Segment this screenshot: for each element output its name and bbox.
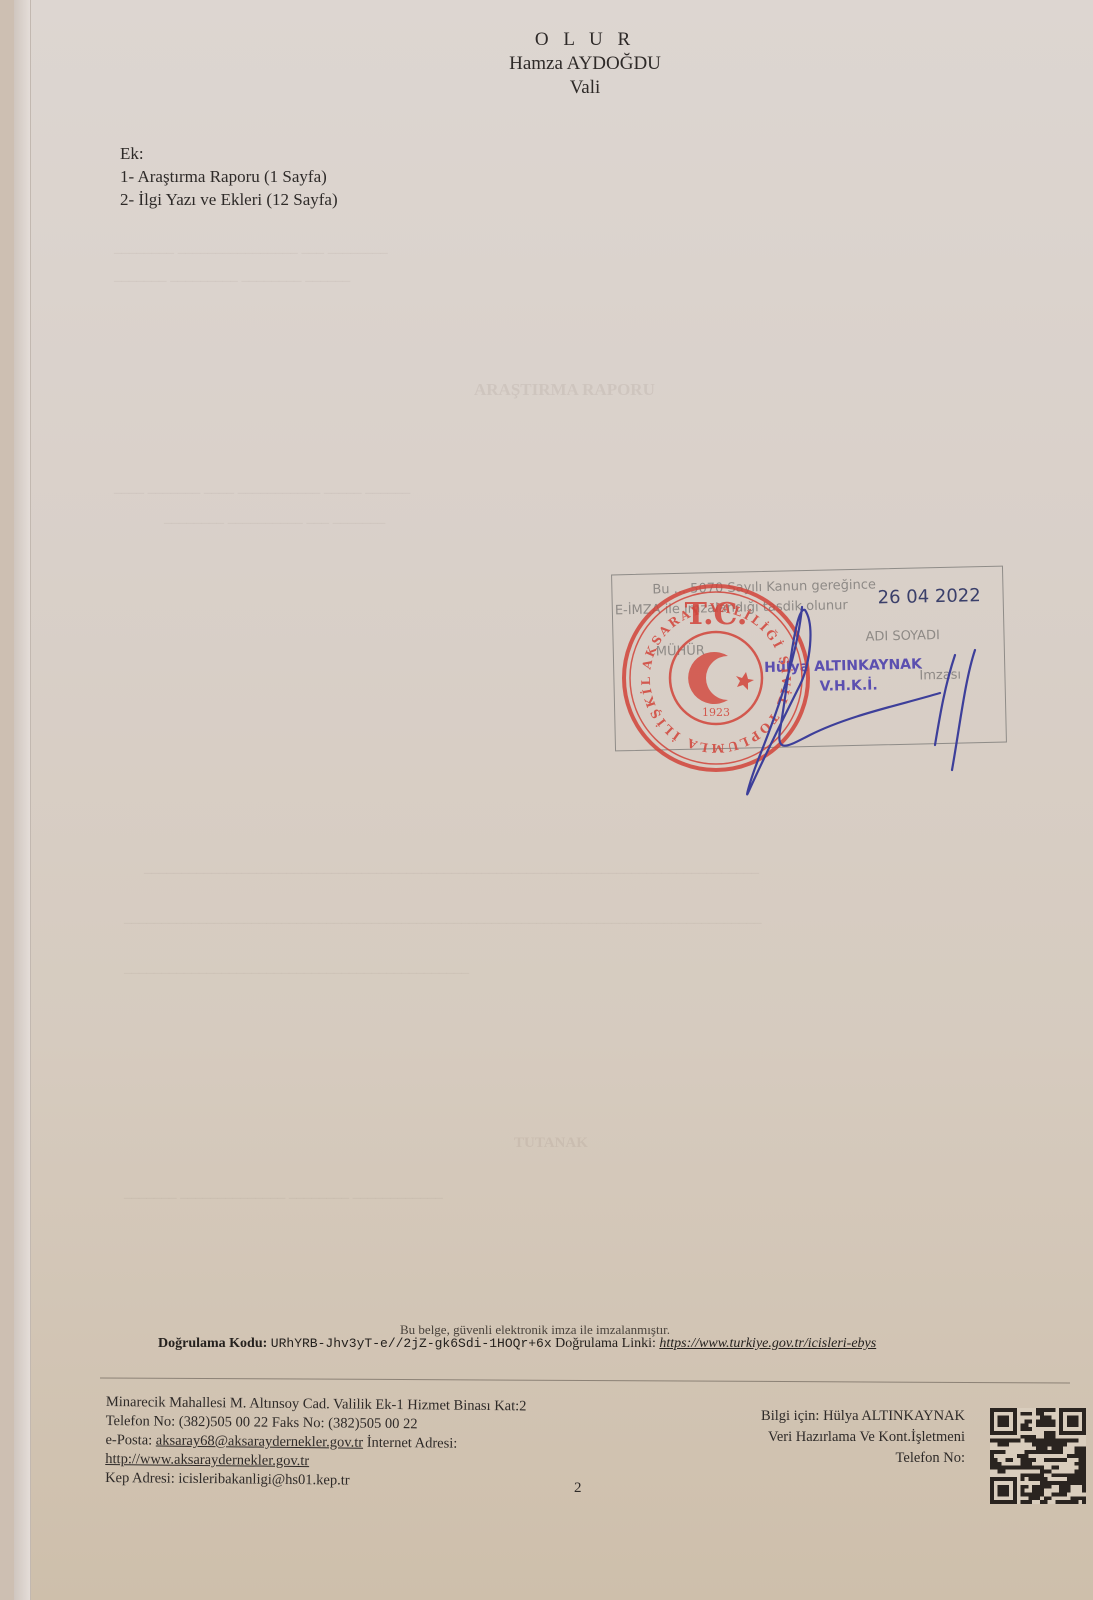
- page-number: 2: [574, 1480, 582, 1497]
- verify-link[interactable]: https://www.turkiye.gov.tr/icisleri-ebys: [659, 1336, 876, 1351]
- bleed-through-text: ________________________________________…: [124, 910, 762, 927]
- verify-link-label: Doğrulama Linki:: [555, 1336, 656, 1351]
- web-label: İnternet Adresi:: [367, 1435, 458, 1452]
- info-phone: Telefon No:: [761, 1448, 965, 1469]
- qr-code-icon[interactable]: [990, 1408, 1086, 1504]
- attachments-list: Ek: 1- Araştırma Raporu (1 Sayfa) 2- İlg…: [120, 142, 338, 211]
- approval-title: O L U R: [450, 28, 720, 52]
- bleed-through-text: _______ _________ ________ ______: [114, 268, 350, 285]
- attachment-item: 1- Araştırma Raporu (1 Sayfa): [120, 165, 338, 188]
- bleed-through-text: _______ ______________ ________ ________…: [124, 1185, 443, 1202]
- web-link[interactable]: http://www.aksaraydernekler.gov.tr: [105, 1451, 309, 1469]
- bleed-through-text: ________ __________ ___ _______: [164, 510, 385, 527]
- attachment-item: 2- İlgi Yazı ve Ekleri (12 Sayfa): [120, 188, 338, 211]
- page-edge: [14, 0, 31, 1600]
- bleed-through-text: ________________________________________…: [124, 960, 469, 977]
- attachments-heading: Ek:: [120, 142, 338, 165]
- info-title: Veri Hazırlama Ve Kont.İşletmeni: [761, 1427, 965, 1448]
- svg-text:T.C.: T.C.: [685, 597, 748, 632]
- approval-block: O L U R Hamza AYDOĞDU Vali: [450, 28, 720, 100]
- verify-code-label: Doğrulama Kodu:: [158, 1336, 267, 1351]
- contact-info: Bilgi için: Hülya ALTINKAYNAK Veri Hazır…: [761, 1406, 965, 1469]
- verify-code: URhYRB-Jhv3yT-e//2jZ-gk6Sdi-1HOQr+6x: [271, 1336, 552, 1351]
- approver-name: Hamza AYDOĞDU: [450, 52, 720, 76]
- info-contact: Bilgi için: Hülya ALTINKAYNAK: [761, 1406, 965, 1427]
- bleed-through-heading: TUTANAK: [514, 1135, 588, 1152]
- kep-label: Kep Adresi:: [105, 1470, 175, 1487]
- email-label: e-Posta:: [105, 1432, 152, 1448]
- bleed-through-text: ____ _______ ____ ___________ _____ ____…: [114, 480, 410, 497]
- bleed-through-heading: ARAŞTIRMA RAPORU: [474, 380, 655, 400]
- verification-line: Doğrulama Kodu: URhYRB-Jhv3yT-e//2jZ-gk6…: [158, 1336, 876, 1352]
- svg-text:1923: 1923: [702, 706, 730, 719]
- institution-address: Minarecik Mahallesi M. Altınsoy Cad. Val…: [105, 1393, 527, 1492]
- bleed-through-text: ________________________________________…: [144, 860, 759, 877]
- approver-role: Vali: [450, 76, 720, 100]
- kep-address: icisleribakanligi@hs01.kep.tr: [178, 1471, 349, 1489]
- handwritten-signature-icon: [740, 595, 1000, 805]
- bleed-through-text: ________ ________________ ___ ________: [114, 240, 388, 257]
- email-link[interactable]: aksaray68@aksaraydernekler.gov.tr: [156, 1433, 363, 1451]
